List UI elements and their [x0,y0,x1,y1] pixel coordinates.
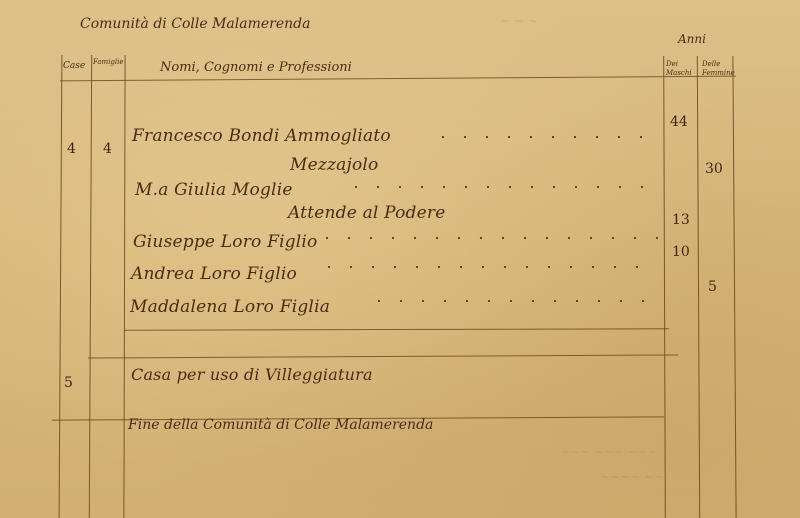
age-female: 30 [705,162,723,176]
bleed-through-mark: ~~~ ~~~ ~~~ [560,445,658,459]
column-header-famiglie: Famiglie [93,58,121,66]
rule-vertical-famiglie-right [123,55,126,518]
dotted-leader [345,186,657,188]
family-number: 4 [103,142,112,156]
person-name: Andrea Loro Figlio [131,266,297,283]
rule-vertical-maschi-left [663,56,666,518]
rule-entry-separator [124,328,669,331]
column-header-case: Case [63,62,85,71]
bleed-through-mark: ~ ~ ~ [500,14,538,28]
column-header-nomi: Nomi, Cognomi e Professioni [160,61,352,74]
case-number: 4 [67,142,76,156]
person-profession: Mezzajolo [290,157,379,174]
rule-vertical-case-left [59,55,63,518]
dotted-leader [368,300,658,302]
column-header-anni: Anni [678,33,706,45]
person-profession: Attende al Podere [288,205,446,222]
rule-header-bottom [60,76,736,82]
age-male: 10 [672,245,690,259]
manuscript-page: ~ ~ ~ ~~~ ~~~ ~~~ ~~~~ ~~ Comunità di Co… [0,0,800,518]
rule-vertical-femmine-right [732,56,737,518]
dotted-leader [432,136,658,138]
age-male: 44 [670,115,688,129]
rule-entry-separator [88,354,678,358]
rule-vertical-maschi-right [697,56,701,518]
rule-vertical-case-right [89,55,93,518]
person-name: Giuseppe Loro Figlio [133,234,318,251]
house-note: Casa per uso di Villeggiatura [131,367,373,383]
age-female: 5 [708,280,717,294]
bleed-through-mark: ~~~~ ~~ [600,470,664,484]
person-name: M.a Giulia Moglie [135,182,293,199]
person-name: Maddalena Loro Figlia [130,299,330,316]
dotted-leader [316,237,658,239]
case-number: 5 [64,376,73,390]
person-name: Francesco Bondi Ammogliato [132,128,391,145]
dotted-leader [318,266,658,268]
end-of-community-note: Fine della Comunità di Colle Malamerenda [128,418,433,432]
age-male: 13 [672,213,690,227]
document-title: Comunità di Colle Malamerenda [80,17,310,31]
